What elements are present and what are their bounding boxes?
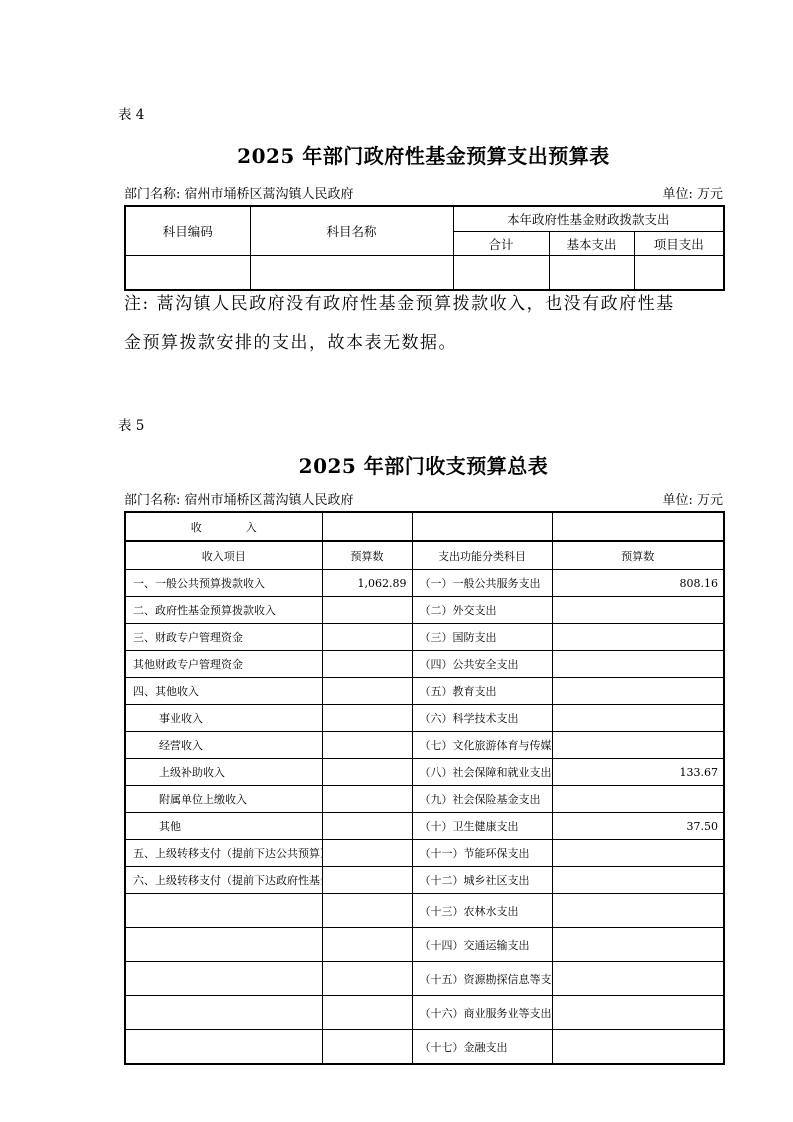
header-income-budget: 预算数 (322, 541, 412, 570)
expense-item: （七）文化旅游体育与传媒支出 (412, 732, 552, 759)
table-row: 事业收入 （六）科学技术支出 (125, 705, 724, 732)
expense-item: （八）社会保障和就业支出 (412, 759, 552, 786)
table-row: 六、上级转移支付（提前下达政府性基金） （十二）城乡社区支出 (125, 867, 724, 894)
table-row: 上级补助收入 （八）社会保障和就业支出 133.67 (125, 759, 724, 786)
income-item: 二、政府性基金预算拨款收入 (125, 597, 322, 624)
table-row: 一、一般公共预算拨款收入 1,062.89 （一）一般公共服务支出 808.16 (125, 570, 724, 597)
cell-subject-code (125, 256, 250, 291)
table-row: 其他 （十）卫生健康支出 37.50 (125, 813, 724, 840)
income-item: 三、财政专户管理资金 (125, 624, 322, 651)
income-item: 四、其他收入 (125, 678, 322, 705)
expense-item: （二）外交支出 (412, 597, 552, 624)
expense-amount (552, 651, 724, 678)
income-amount: 1,062.89 (322, 570, 412, 597)
table5-header-row: 收入项目 预算数 支出功能分类科目 预算数 (125, 541, 724, 570)
expense-amount (552, 867, 724, 894)
expense-item: （十）卫生健康支出 (412, 813, 552, 840)
table-row: （十五）资源勘探信息等支出 (125, 962, 724, 996)
income-amount (322, 786, 412, 813)
income-item (125, 996, 322, 1030)
income-amount (322, 705, 412, 732)
blank-cell (412, 512, 552, 541)
document-page: 表 4 2025 年部门政府性基金预算支出预算表 部门名称: 宿州市埇桥区蒿沟镇… (0, 0, 793, 1122)
table-row: （十六）商业服务业等支出 (125, 996, 724, 1030)
expense-amount (552, 928, 724, 962)
income-section-label: 收 入 (125, 512, 322, 541)
income-item: 一、一般公共预算拨款收入 (125, 570, 322, 597)
income-item: 其他财政专户管理资金 (125, 651, 322, 678)
table-row: 其他财政专户管理资金 （四）公共安全支出 (125, 651, 724, 678)
cell-total (453, 256, 549, 291)
income-amount (322, 1030, 412, 1065)
expense-amount (552, 962, 724, 996)
header-subject-name: 科目名称 (250, 206, 453, 256)
expense-item: （九）社会保险基金支出 (412, 786, 552, 813)
expense-amount (552, 1030, 724, 1065)
revenue-expenditure-summary-table: 收 入 收入项目 预算数 支出功能分类科目 预算数 一、一般公共预算拨款收入 1… (124, 511, 725, 1065)
expense-amount (552, 597, 724, 624)
table5-title: 2025 年部门收支预算总表 (124, 450, 723, 479)
table5-department-name: 部门名称: 宿州市埇桥区蒿沟镇人民政府 (124, 489, 354, 508)
expense-amount (552, 996, 724, 1030)
income-item: 附属单位上缴收入 (125, 786, 322, 813)
expense-item: （五）教育支出 (412, 678, 552, 705)
cell-basic (549, 256, 634, 291)
expense-amount (552, 705, 724, 732)
table-row: （十三）农林水支出 (125, 894, 724, 928)
income-amount (322, 867, 412, 894)
table-row: 附属单位上缴收入 （九）社会保险基金支出 (125, 786, 724, 813)
note-line-2: 金预算拨款安排的支出，故本表无数据。 (124, 333, 723, 353)
expense-amount: 37.50 (552, 813, 724, 840)
table4-title: 2025 年部门政府性基金预算支出预算表 (124, 140, 723, 169)
expense-item: （三）国防支出 (412, 624, 552, 651)
income-amount (322, 840, 412, 867)
table-row: （十四）交通运输支出 (125, 928, 724, 962)
income-item: 其他 (125, 813, 322, 840)
blank-cell (322, 512, 412, 541)
income-item: 经营收入 (125, 732, 322, 759)
table5-unit-label: 单位: 万元 (662, 489, 723, 508)
expense-item: （十五）资源勘探信息等支出 (412, 962, 552, 996)
header-total: 合计 (453, 232, 549, 256)
table5-meta-line: 部门名称: 宿州市埇桥区蒿沟镇人民政府 单位: 万元 (124, 489, 723, 508)
income-amount (322, 813, 412, 840)
income-amount (322, 759, 412, 786)
expense-item: （六）科学技术支出 (412, 705, 552, 732)
income-amount (322, 894, 412, 928)
income-amount (322, 996, 412, 1030)
table-row: 四、其他收入 （五）教育支出 (125, 678, 724, 705)
income-item (125, 1030, 322, 1065)
expense-amount (552, 732, 724, 759)
income-item (125, 962, 322, 996)
expense-amount (552, 894, 724, 928)
header-expense-item: 支出功能分类科目 (412, 541, 552, 570)
expense-item: （十六）商业服务业等支出 (412, 996, 552, 1030)
table-row: 五、上级转移支付（提前下达公共预算） （十一）节能环保支出 (125, 840, 724, 867)
blank-cell (552, 512, 724, 541)
note-line-1: 注: 蒿沟镇人民政府没有政府性基金预算拨款收入，也没有政府性基 (124, 294, 723, 314)
header-income-item: 收入项目 (125, 541, 322, 570)
expense-item: （一）一般公共服务支出 (412, 570, 552, 597)
income-item: 五、上级转移支付（提前下达公共预算） (125, 840, 322, 867)
expense-item: （十一）节能环保支出 (412, 840, 552, 867)
table-row: 二、政府性基金预算拨款收入 （二）外交支出 (125, 597, 724, 624)
income-section-row: 收 入 (125, 512, 724, 541)
income-item: 事业收入 (125, 705, 322, 732)
table4-unit-label: 单位: 万元 (662, 183, 723, 202)
income-amount (322, 732, 412, 759)
expense-amount: 808.16 (552, 570, 724, 597)
table4-header-row-1: 科目编码 科目名称 本年政府性基金财政拨款支出 (125, 206, 724, 232)
gov-fund-budget-table: 科目编码 科目名称 本年政府性基金财政拨款支出 合计 基本支出 项目支出 (124, 205, 725, 291)
header-basic-expenditure: 基本支出 (549, 232, 634, 256)
expense-item: （十四）交通运输支出 (412, 928, 552, 962)
table-row: 三、财政专户管理资金 （三）国防支出 (125, 624, 724, 651)
income-item (125, 894, 322, 928)
header-expense-budget: 预算数 (552, 541, 724, 570)
expense-item: （十七）金融支出 (412, 1030, 552, 1065)
table4-tag: 表 4 (118, 103, 144, 123)
table4-meta-line: 部门名称: 宿州市埇桥区蒿沟镇人民政府 单位: 万元 (124, 183, 723, 202)
cell-project (634, 256, 724, 291)
expense-item: （四）公共安全支出 (412, 651, 552, 678)
table5-tag: 表 5 (118, 414, 144, 434)
table4-department-name: 部门名称: 宿州市埇桥区蒿沟镇人民政府 (124, 183, 354, 202)
expense-amount (552, 678, 724, 705)
header-project-expenditure: 项目支出 (634, 232, 724, 256)
income-amount (322, 962, 412, 996)
income-amount (322, 678, 412, 705)
income-amount (322, 597, 412, 624)
expense-item: （十二）城乡社区支出 (412, 867, 552, 894)
income-item: 上级补助收入 (125, 759, 322, 786)
expense-item: （十三）农林水支出 (412, 894, 552, 928)
table-row: （十七）金融支出 (125, 1030, 724, 1065)
table-row: 经营收入 （七）文化旅游体育与传媒支出 (125, 732, 724, 759)
income-item (125, 928, 322, 962)
expense-amount (552, 840, 724, 867)
table4-empty-row (125, 256, 724, 291)
expense-amount (552, 624, 724, 651)
cell-subject-name (250, 256, 453, 291)
expense-amount: 133.67 (552, 759, 724, 786)
income-amount (322, 651, 412, 678)
table4-note: 注: 蒿沟镇人民政府没有政府性基金预算拨款收入，也没有政府性基 金预算拨款安排的… (124, 294, 723, 353)
income-amount (322, 928, 412, 962)
expense-amount (552, 786, 724, 813)
header-fund-expenditure-group: 本年政府性基金财政拨款支出 (453, 206, 724, 232)
income-amount (322, 624, 412, 651)
header-subject-code: 科目编码 (125, 206, 250, 256)
income-item: 六、上级转移支付（提前下达政府性基金） (125, 867, 322, 894)
